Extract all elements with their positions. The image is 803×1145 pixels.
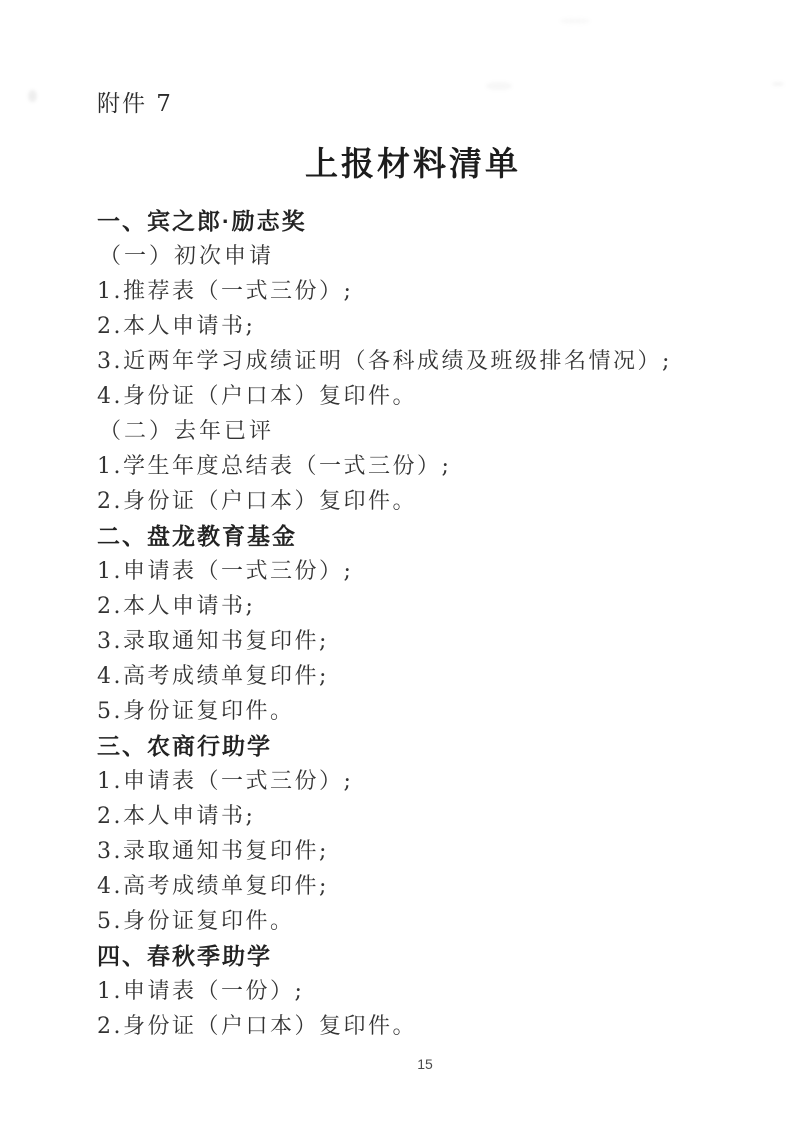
section-heading: 二、盘龙教育基金 xyxy=(97,519,717,554)
list-item: 2.身份证（户口本）复印件。 xyxy=(97,484,717,519)
list-item: 4.高考成绩单复印件; xyxy=(97,869,717,904)
list-item: 1.推荐表（一式三份）; xyxy=(97,274,717,309)
list-item: 3.近两年学习成绩证明（各科成绩及班级排名情况）; xyxy=(97,344,717,379)
list-item: 5.身份证复印件。 xyxy=(97,904,717,939)
list-item: 1.申请表（一式三份）; xyxy=(97,764,717,799)
list-item: 3.录取通知书复印件; xyxy=(97,834,717,869)
list-item: 1.学生年度总结表（一式三份）; xyxy=(97,449,717,484)
page-number: 15 xyxy=(417,1056,433,1072)
list-item: 4.身份证（户口本）复印件。 xyxy=(97,379,717,414)
scan-noise xyxy=(28,90,37,102)
list-item: 3.录取通知书复印件; xyxy=(97,624,717,659)
list-item: 2.本人申请书; xyxy=(97,799,717,834)
list-item: 2.身份证（户口本）复印件。 xyxy=(97,1009,717,1044)
document-content: 附件 7 上报材料清单 一、宾之郎·励志奖 （一）初次申请 1.推荐表（一式三份… xyxy=(97,0,717,1044)
section-heading: 四、春秋季助学 xyxy=(97,939,717,974)
document-body: 一、宾之郎·励志奖 （一）初次申请 1.推荐表（一式三份）; 2.本人申请书; … xyxy=(97,204,717,1044)
attachment-label: 附件 7 xyxy=(97,88,717,120)
list-item: 2.本人申请书; xyxy=(97,309,717,344)
list-item: 2.本人申请书; xyxy=(97,589,717,624)
list-item: 5.身份证复印件。 xyxy=(97,694,717,729)
list-item: 1.申请表（一份）; xyxy=(97,974,717,1009)
scanned-document-page: 附件 7 上报材料清单 一、宾之郎·励志奖 （一）初次申请 1.推荐表（一式三份… xyxy=(0,0,803,1145)
scan-noise xyxy=(772,82,784,86)
section-heading: 一、宾之郎·励志奖 xyxy=(97,204,717,239)
subsection-heading: （二）去年已评 xyxy=(97,414,717,449)
list-item: 1.申请表（一式三份）; xyxy=(97,554,717,589)
list-item: 4.高考成绩单复印件; xyxy=(97,659,717,694)
document-title: 上报材料清单 xyxy=(103,144,723,186)
section-heading: 三、农商行助学 xyxy=(97,729,717,764)
subsection-heading: （一）初次申请 xyxy=(97,239,717,274)
